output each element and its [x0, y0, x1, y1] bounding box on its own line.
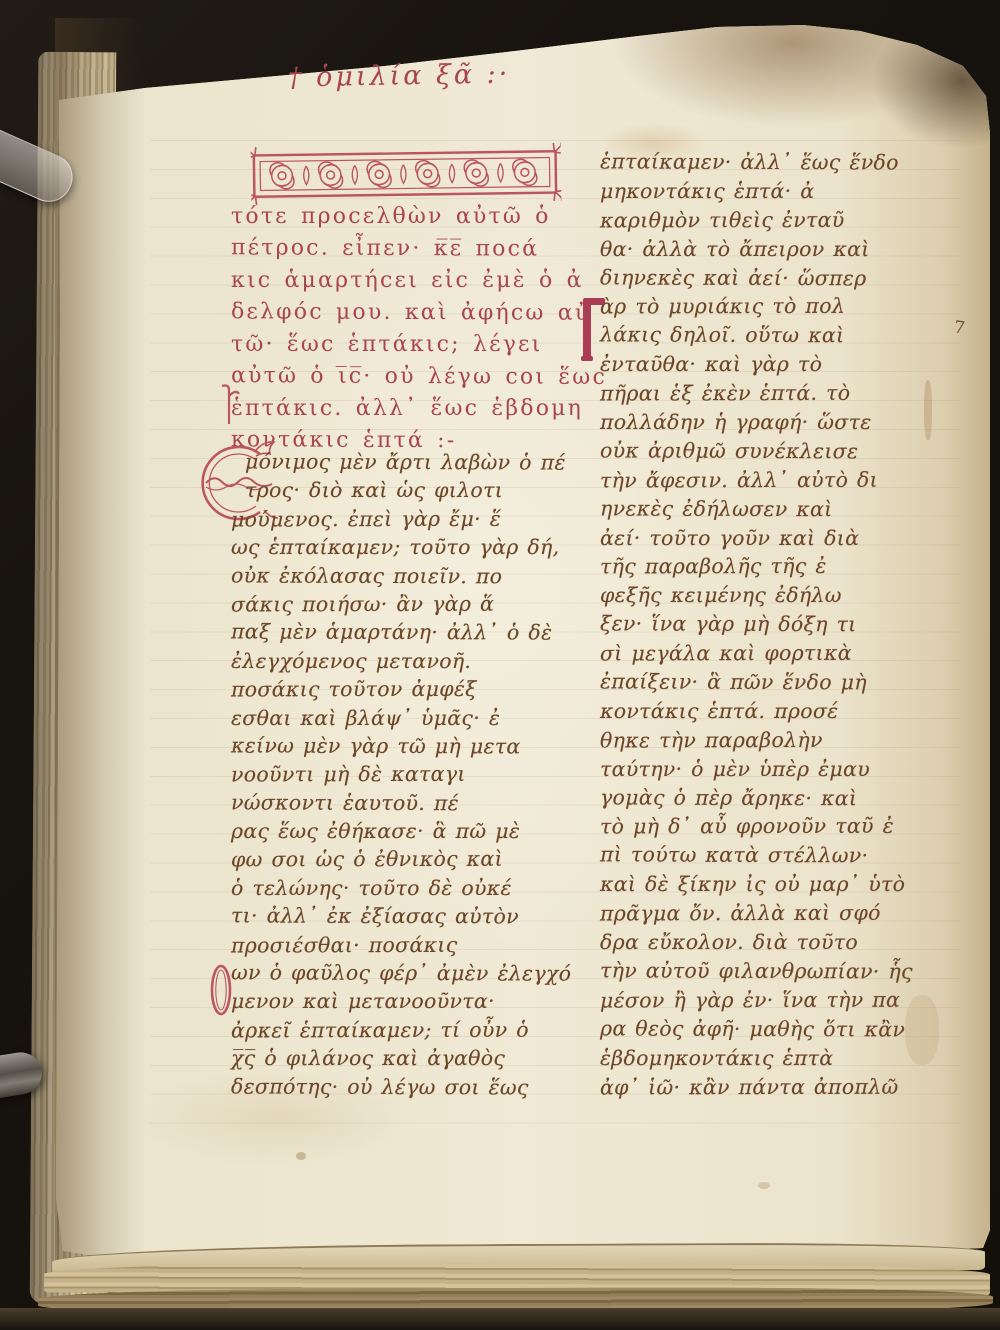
rubric-line: τῶ· ἕωϲ ἑπτάκιϲ; λέγει	[231, 329, 571, 361]
manuscript-photo: † ὁμιλία ξᾶ :·	[0, 0, 1000, 1330]
text-line: σάκις ποιήσω· ἂν γὰρ ἅ	[231, 592, 576, 621]
text-line: οὐκ ἐκόλασας ποιεῖν. πο	[231, 563, 576, 593]
text-line: μηκοντάκις ἑπτά· ἀ	[600, 179, 955, 208]
text-line: λάκις δηλοῖ. οὕτω καὶ	[600, 323, 955, 353]
text-line: ὁ τελώνης· τοῦτο δὲ οὐκέ	[231, 876, 576, 904]
text-line: καριθμὸν τιθεὶς ἐνταῦ	[600, 207, 955, 237]
text-line: πολλάδην ἡ γραφή· ὥστε	[600, 410, 955, 439]
text-line: μέσον ἢ γὰρ ἐν· ἵνα τὴν πα	[600, 987, 955, 1017]
text-line: ἀφ᾽ ἱῶ· κἂν πάντα ἀποπλῶ	[600, 1074, 955, 1104]
text-line: προσιέσθαι· ποσάκις	[231, 932, 576, 961]
right-column-text: ἑπταίκαμεν· ἀλλ᾽ ἕως ἕνδομηκοντάκις ἑπτά…	[600, 150, 955, 1103]
text-line: ἀεί· τοῦτο γοῦν καὶ διὰ	[600, 526, 955, 555]
text-line: πὶ τούτω κατὰ στέλλων·	[600, 843, 955, 873]
text-line: ρας ἕως ἐθήκασε· ἃ πῶ μὲ	[231, 819, 576, 847]
text-line: οὐκ ἀριθμῶ συνέκλεισε	[600, 438, 955, 468]
text-line: μόνιμος μὲν ἄρτι λαβὼν ὁ πέ	[231, 449, 576, 479]
text-line: μούμενος. ἐπεὶ γὰρ ἔμ· ἕ	[231, 506, 576, 535]
text-line: κείνω μὲν γὰρ τῶ μὴ μετα	[231, 733, 576, 763]
text-line: δρα εὔκολον. διὰ τοῦτο	[600, 930, 955, 959]
rubric-line: ἑπτάκιϲ. ἀλλ᾽ ἕωϲ ἑβδομη	[231, 393, 571, 425]
paragraph-mark	[217, 382, 241, 426]
text-line: θα· ἀλλὰ τὸ ἄπειρον καὶ	[600, 237, 955, 266]
text-line: ηνεκὲς ἐδήλωσεν καὶ	[600, 496, 955, 526]
text-line: ων ὁ φαῦλος φέρ᾽ ἀμὲν ἐλεγχό	[231, 960, 576, 990]
text-line: εσθαι καὶ βλάψ᾽ ὑμᾶς· ἐ	[231, 706, 576, 734]
text-line: ξεν· ἵνα γὰρ μὴ δόξη τι	[600, 612, 955, 642]
left-column-paragraph-2: ων ὁ φαῦλος φέρ᾽ ἀμὲν ἐλεγχόμενον καὶ με…	[231, 961, 576, 1103]
rubric-line: δελφόϲ μου. καὶ ἀφήϲω αὐ	[231, 296, 571, 329]
rubric-line: τότε προϲελθὼν αὐτῶ ὁ	[231, 201, 571, 233]
text-line: τρος· διὸ καὶ ὡς φιλοτι	[231, 478, 576, 506]
text-line: σὶ μεγάλα καὶ φορτικὰ	[600, 641, 955, 671]
text-line: πρᾶγμα ὄν. ἀλλὰ καὶ σφό	[600, 901, 955, 931]
homily-title: † ὁμιλία ξᾶ :·	[288, 58, 568, 94]
stain	[758, 1182, 770, 1189]
text-line: τι· ἀλλ᾽ ἐκ ἐξίασας αὐτὸν	[231, 904, 576, 934]
text-line: ἐνταῦθα· καὶ γὰρ τὸ	[600, 352, 955, 381]
bottom-shadow	[0, 1308, 1000, 1330]
text-line: ρα θεὸς ἀφῆ· μαθὴς ὅτι κἂν	[600, 1016, 955, 1046]
text-line: καὶ δὲ ξίκην ἰς οὐ μαρ᾽ ὑτὸ	[600, 872, 955, 901]
text-line: ἐλεγχόμενος μετανοῆ.	[231, 649, 576, 677]
text-line: τῆς παραβολῆς τῆς ἐ	[600, 554, 955, 584]
text-line: διηνεκὲς καὶ ἀεί· ὥσπερ	[600, 265, 955, 295]
gutter-shadow	[55, 18, 145, 1268]
rubric-line: πέτροϲ. εἶπεν· κ̅ε̅ ποϲά	[231, 232, 571, 265]
text-line: ἑπταίκαμεν· ἀλλ᾽ ἕως ἕνδο	[600, 149, 955, 179]
text-line: ἀρκεῖ ἑπταίκαμεν; τί οὖν ὁ	[231, 1017, 576, 1046]
text-line: φεξῆς κειμένης ἐδήλω	[600, 583, 955, 612]
text-line: θηκε τὴν παραβολὴν	[600, 727, 955, 757]
rubric-line: αὐτῶ ὁ ι̅ϲ̅· οὐ λέγω ϲοι ἕωϲ	[231, 360, 571, 393]
text-line: τὴν ἄφεσιν. ἀλλ᾽ αὐτὸ δι	[600, 467, 955, 497]
text-line: τὴν αὐτοῦ φιλανθρωπίαν· ἧς	[600, 958, 955, 988]
text-line: φω σοι ὡς ὁ ἐθνικὸς καὶ	[231, 847, 576, 876]
rubric-line: κιϲ ἁμαρτήϲει εἰϲ ἐμὲ ὁ ἀ	[231, 265, 571, 297]
interlace-headband-ornament	[251, 141, 562, 207]
text-line: ταύτην· ὁ μὲν ὑπὲρ ἐμαυ	[600, 757, 955, 786]
text-line: πῆραι ἑξ ἐκὲν ἑπτά. τὸ	[600, 381, 955, 411]
initial-omicron	[209, 963, 233, 1017]
text-line: δεσπότης· οὐ λέγω σοι ἕως	[231, 1074, 576, 1104]
text-line: ποσάκις τοῦτον ἀμφέξ	[231, 677, 576, 706]
text-line: ἑβδομηκοντάκις ἑπτὰ	[600, 1046, 955, 1075]
stain	[296, 1152, 306, 1160]
text-line: παξ μὲν ἁμαρτάνη· ἀλλ᾽ ὁ δὲ	[231, 620, 576, 650]
text-line: χ̅ς̅ ὁ φιλάνος καὶ ἀγαθὸς	[231, 1046, 576, 1074]
text-line: ὰρ τὸ μυριάκις τὸ πολ	[600, 294, 955, 324]
text-line: νοοῦντι μὴ δὲ καταγι	[231, 762, 576, 791]
text-line: τὸ μὴ δ᾽ αὖ φρονοῦν ταῦ ἐ	[600, 814, 955, 844]
text-line: ἐπαίξειν· ἃ πῶν ἕνδο μὴ	[600, 669, 955, 699]
text-line: ως ἑπταίκαμεν; τοῦτο γὰρ δή,	[231, 535, 576, 563]
text-line: μενον καὶ μετανοοῦντα·	[231, 989, 576, 1017]
text-line: κοντάκις ἑπτά. προσέ	[600, 699, 955, 728]
text-line: νώσκοντι ἑαυτοῦ. πέ	[231, 790, 576, 820]
text-line: γομὰς ὁ πὲρ ἄρηκε· καὶ	[600, 785, 955, 815]
rubric-lection-text: τότε προϲελθὼν αὐτῶ ὁπέτροϲ. εἶπεν· κ̅ε̅…	[231, 201, 571, 457]
left-column-paragraph-1: μόνιμος μὲν ἄρτι λαβὼν ὁ πέτρος· διὸ καὶ…	[231, 450, 576, 961]
